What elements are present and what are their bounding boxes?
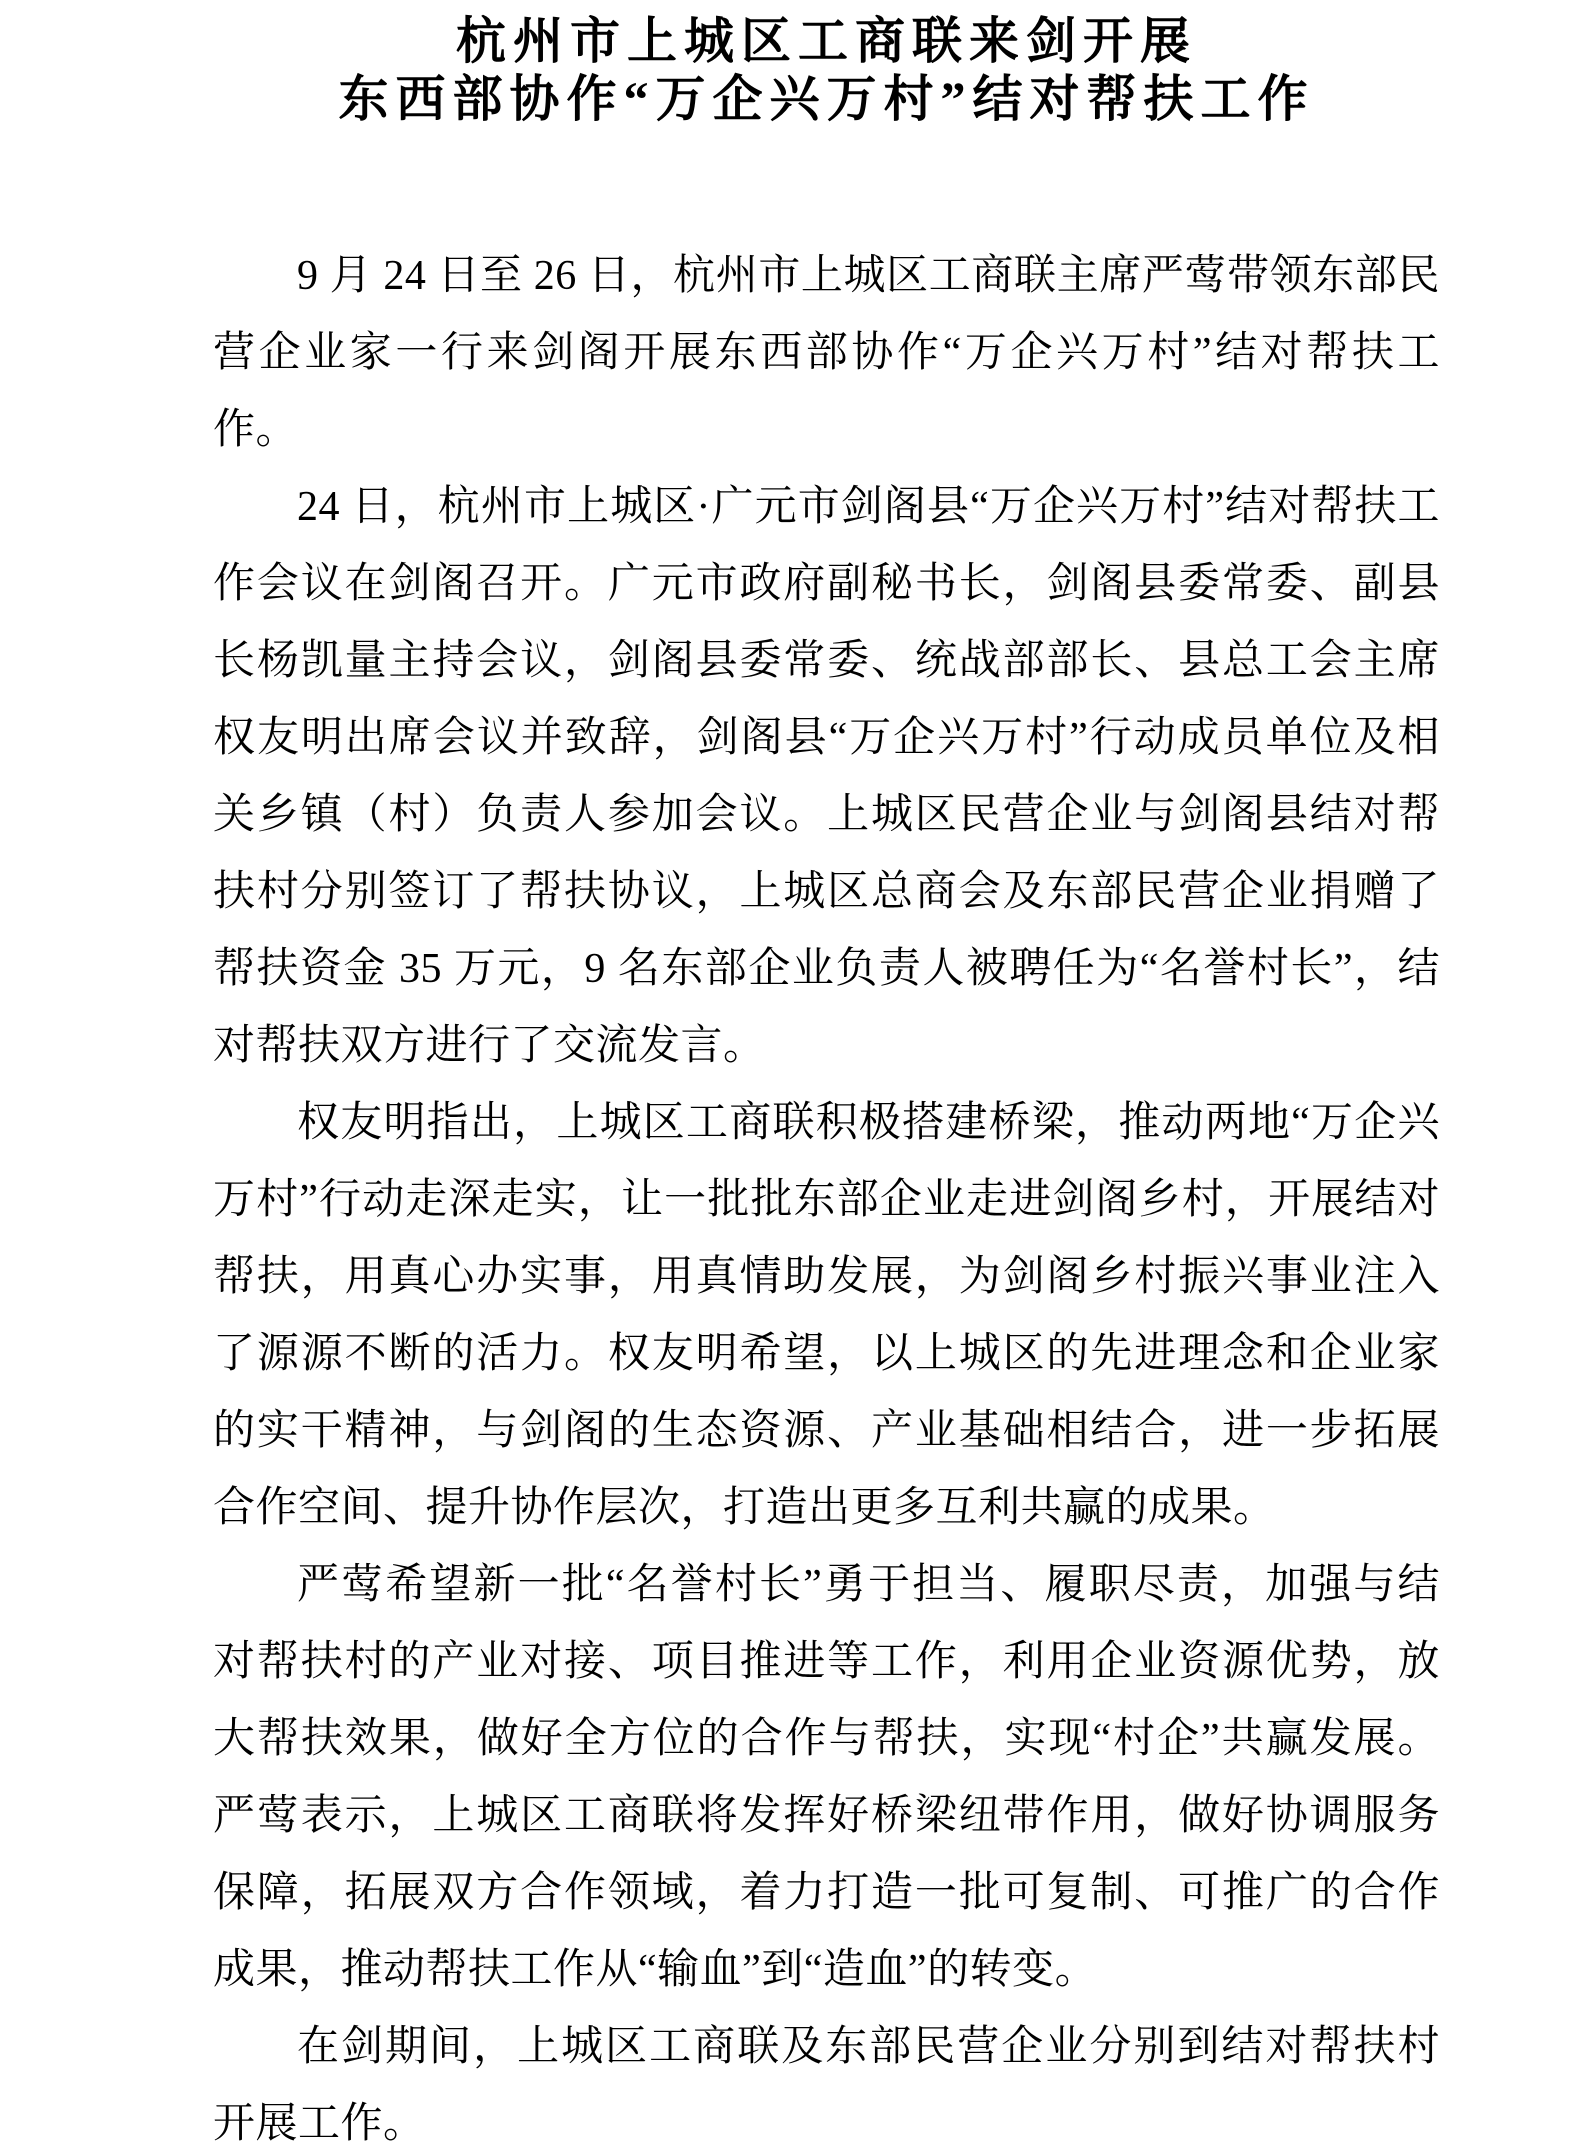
title-line-1: 杭州市上城区工商联来剑开展 [213, 12, 1440, 70]
article-body: 9 月 24 日至 26 日，杭州市上城区工商联主席严莺带领东部民营企业家一行来… [213, 238, 1440, 2156]
paragraph: 在剑期间，上城区工商联及东部民营企业分别到结对帮扶村开展工作。 [213, 2009, 1440, 2156]
document-page: 杭州市上城区工商联来剑开展 东西部协作“万企兴万村”结对帮扶工作 9 月 24 … [0, 0, 1587, 2156]
paragraph: 9 月 24 日至 26 日，杭州市上城区工商联主席严莺带领东部民营企业家一行来… [213, 238, 1440, 469]
paragraph: 权友明指出，上城区工商联积极搭建桥梁，推动两地“万企兴万村”行动走深走实，让一批… [213, 1085, 1440, 1547]
article-title: 杭州市上城区工商联来剑开展 东西部协作“万企兴万村”结对帮扶工作 [213, 12, 1440, 128]
paragraph: 严莺希望新一批“名誉村长”勇于担当、履职尽责，加强与结对帮扶村的产业对接、项目推… [213, 1547, 1440, 2009]
paragraph: 24 日，杭州市上城区·广元市剑阁县“万企兴万村”结对帮扶工作会议在剑阁召开。广… [213, 469, 1440, 1085]
title-line-2: 东西部协作“万企兴万村”结对帮扶工作 [213, 70, 1440, 128]
